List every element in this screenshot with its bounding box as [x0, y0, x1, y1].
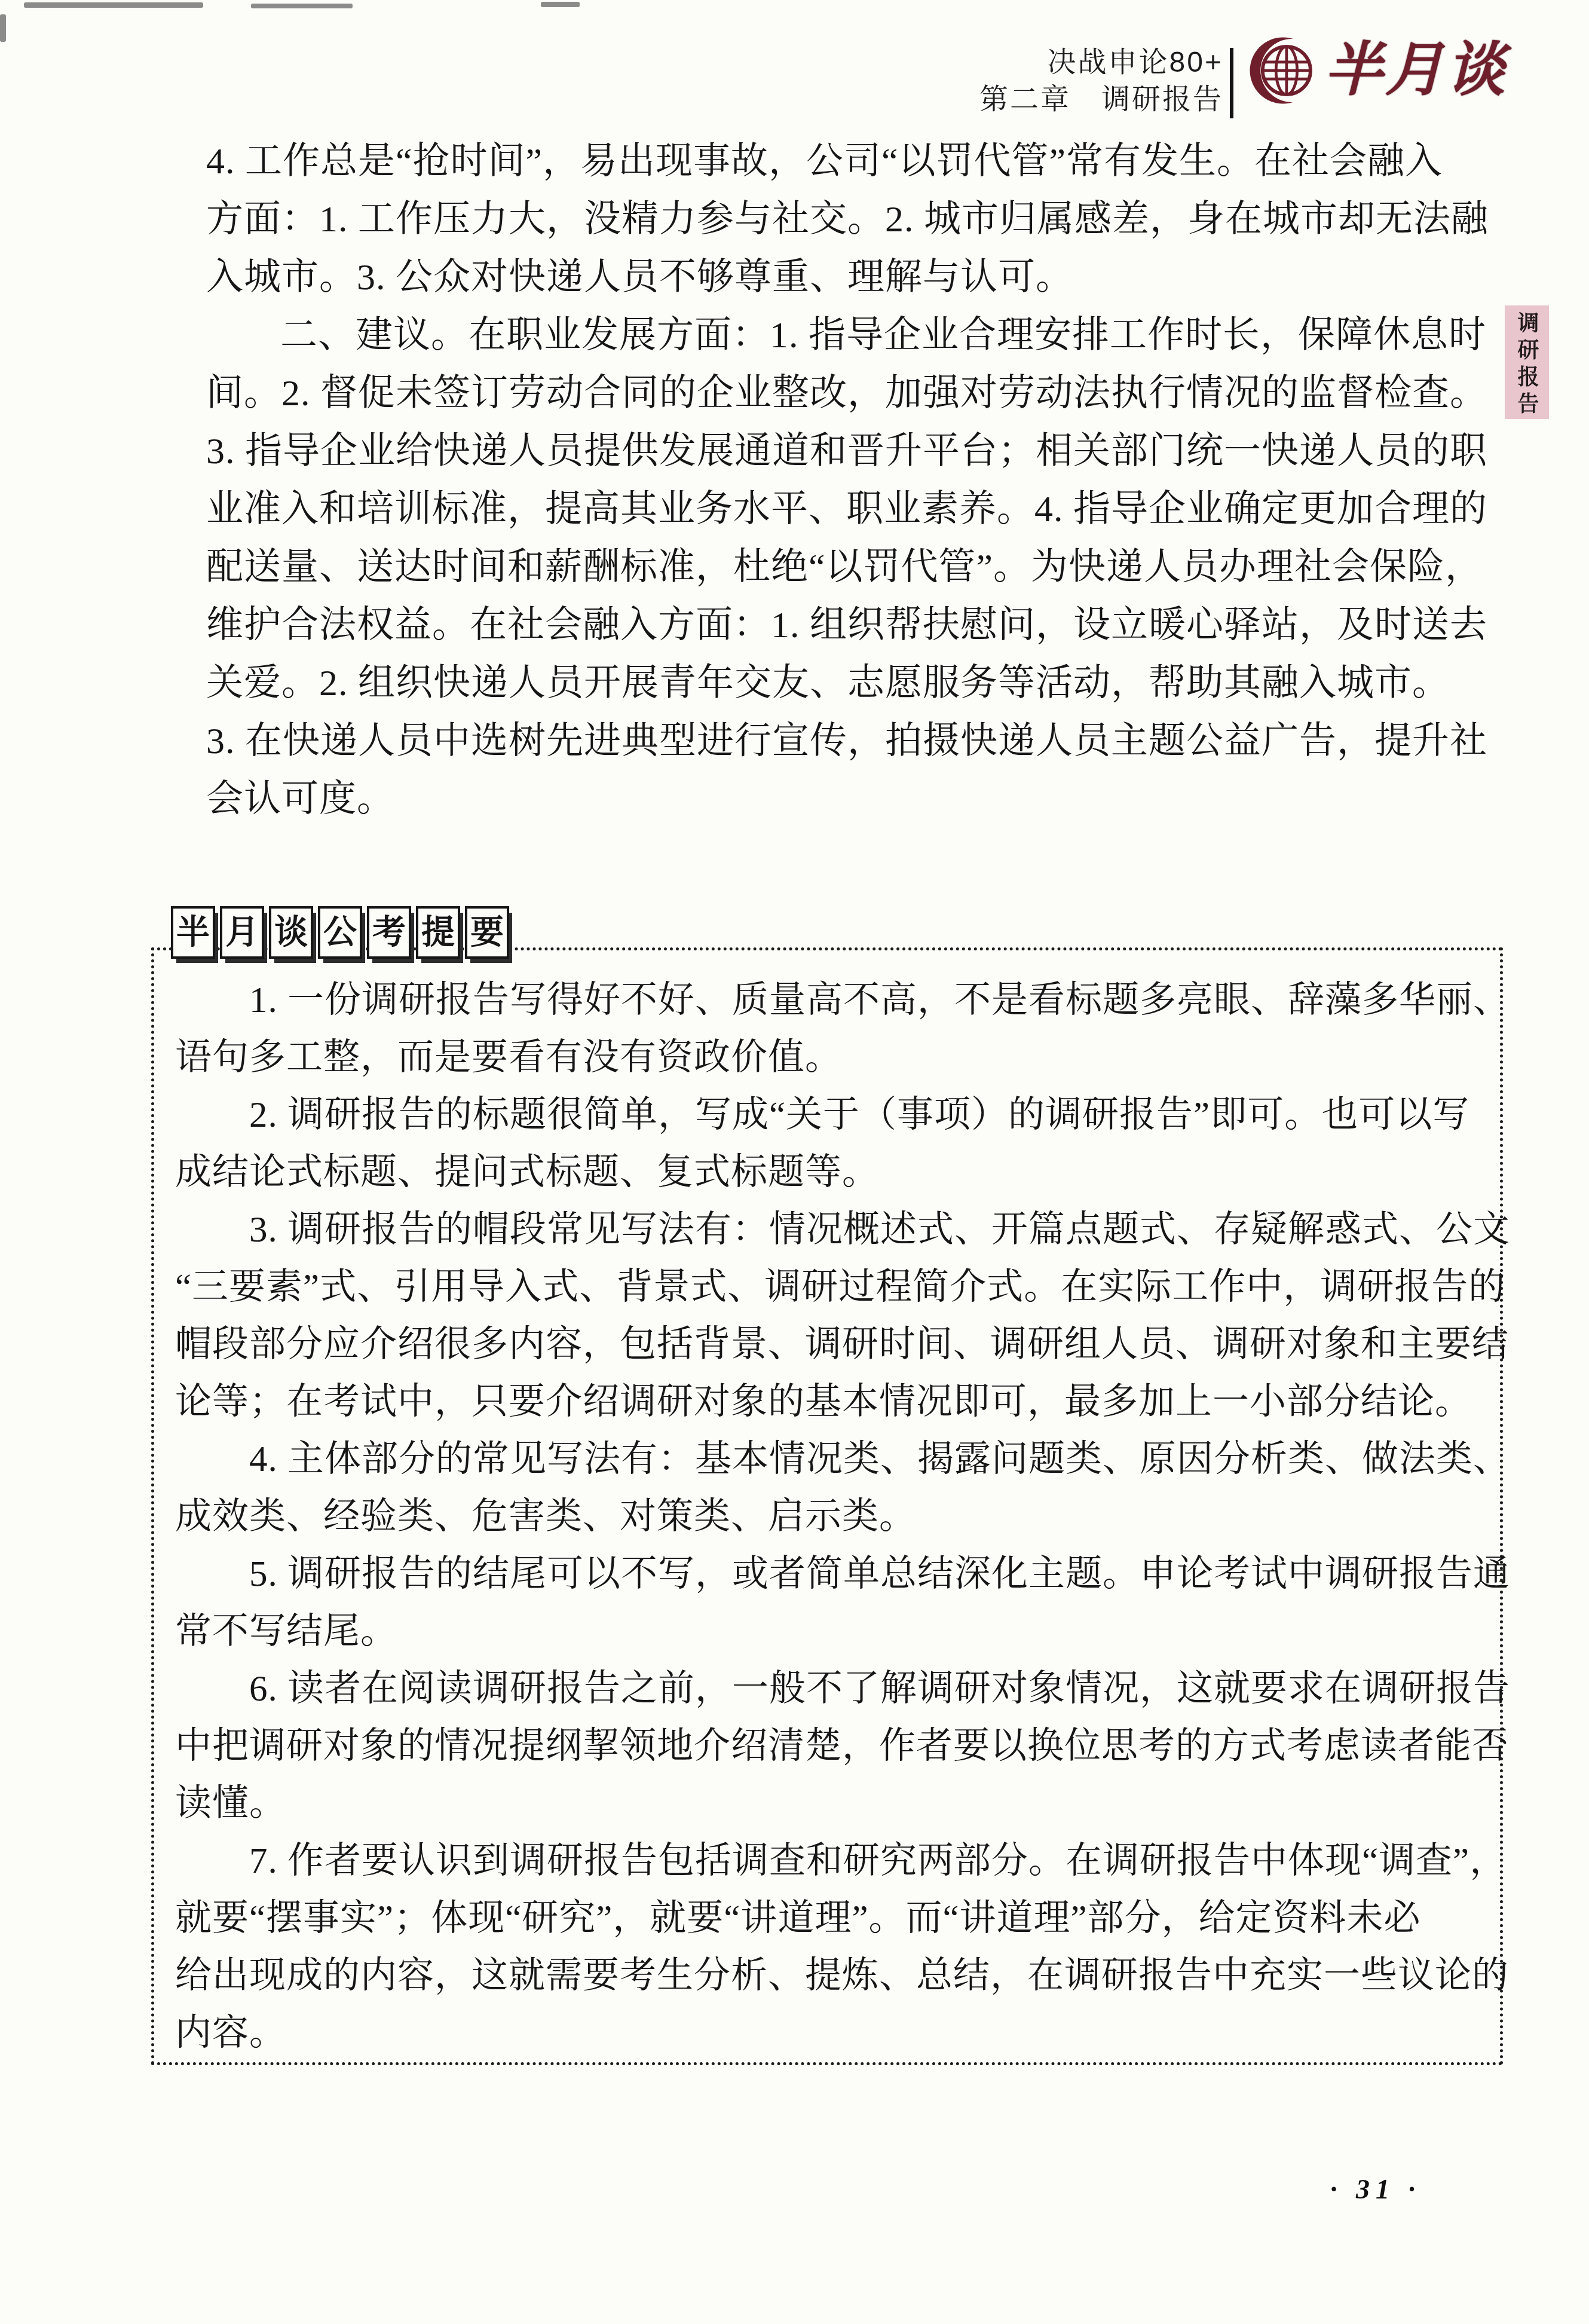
text-line: 配送量、送达时间和薪酬标准，杜绝“以罚代管”。为快递人员办理社会保险，: [206, 539, 1467, 597]
chapter-title: 第二章 调研报告: [979, 81, 1223, 118]
box-title-char: 月: [220, 906, 264, 959]
book-title: 决战申论80+: [979, 44, 1223, 81]
text-line: 语句多工整，而是要看有没有资政价值。: [175, 1029, 1497, 1087]
text-line: 帽段部分应介绍很多内容，包括背景、调研时间、调研组人员、调研对象和主要结: [175, 1316, 1497, 1374]
header-divider: [1230, 48, 1233, 118]
text-line: 二、建议。在职业发展方面：1. 指导企业合理安排工作时长，保障休息时: [206, 307, 1467, 365]
box-text: 1. 一份调研报告写得好不好、质量高不高，不是看标题多亮眼、辞藻多华丽、语句多工…: [175, 972, 1497, 2062]
side-tab-label: 调研报告: [1516, 311, 1538, 419]
chapter-side-tab: 调研报告: [1505, 305, 1549, 419]
text-line: 入城市。3. 公众对快递人员不够尊重、理解与认可。: [206, 249, 1467, 307]
text-line: 1. 一份调研报告写得好不好、质量高不高，不是看标题多亮眼、辞藻多华丽、: [175, 972, 1497, 1029]
text-line: 会认可度。: [206, 770, 1467, 828]
box-title-char: 谈: [269, 906, 313, 959]
text-line: 成结论式标题、提问式标题、复式标题等。: [175, 1144, 1497, 1201]
text-line: 常不写结尾。: [175, 1603, 1497, 1661]
text-line: 给出现成的内容，这就需要考生分析、提炼、总结，在调研报告中充实一些议论的: [175, 1947, 1497, 2005]
box-title-char: 要: [465, 906, 509, 959]
text-line: 3. 调研报告的帽段常见写法有：情况概述式、开篇点题式、存疑解惑式、公文: [175, 1201, 1497, 1259]
text-line: 中把调研对象的情况提纲挈领地介绍清楚，作者要以换位思考的方式考虑读者能否: [175, 1718, 1497, 1775]
text-line: 方面：1. 工作压力大，没精力参与社交。2. 城市归属感差，身在城市却无法融: [206, 191, 1467, 249]
header-titles: 决战申论80+ 第二章 调研报告: [979, 44, 1223, 118]
text-line: 5. 调研报告的结尾可以不写，或者简单总结深化主题。申论考试中调研报告通: [175, 1546, 1497, 1603]
body-text: 4. 工作总是“抢时间”，易出现事故，公司“以罚代管”常有发生。在社会融入方面：…: [206, 133, 1467, 828]
text-line: 7. 作者要认识到调研报告包括调查和研究两部分。在调研报告中体现“调查”，: [175, 1833, 1497, 1890]
text-line: 4. 主体部分的常见写法有：基本情况类、揭露问题类、原因分析类、做法类、: [175, 1431, 1497, 1488]
text-line: 关爱。2. 组织快递人员开展青年交友、志愿服务等活动，帮助其融入城市。: [206, 655, 1467, 713]
text-line: 论等；在考试中，只要介绍调研对象的基本情况即可，最多加上一小部分结论。: [175, 1374, 1497, 1431]
text-line: 6. 读者在阅读调研报告之前，一般不了解调研对象情况，这就要求在调研报告: [175, 1661, 1497, 1718]
scan-artifact: [0, 14, 6, 42]
box-title-char: 提: [416, 906, 460, 959]
scan-artifact: [24, 2, 203, 8]
globe-icon: [1248, 35, 1318, 106]
text-line: 就要“摆事实”；体现“研究”，就要“讲道理”。而“讲道理”部分，给定资料未必: [175, 1890, 1497, 1947]
box-title-char: 半: [171, 906, 215, 959]
text-line: 间。2. 督促未签订劳动合同的企业整改，加强对劳动法执行情况的监督检查。: [206, 365, 1467, 423]
scan-artifact: [541, 2, 580, 7]
banyuetan-logo: 半月谈: [1248, 35, 1507, 106]
scan-artifact: [251, 4, 353, 8]
box-title-char: 公: [318, 906, 362, 959]
box-title: 半月谈公考提要: [171, 906, 509, 959]
text-line: 维护合法权益。在社会融入方面：1. 组织帮扶慰问，设立暖心驿站，及时送去: [206, 597, 1467, 655]
text-line: 读懂。: [175, 1775, 1497, 1833]
text-line: 成效类、经验类、危害类、对策类、启示类。: [175, 1488, 1497, 1546]
logo-text: 半月谈: [1324, 35, 1507, 106]
text-line: “三要素”式、引用导入式、背景式、调研过程简介式。在实际工作中，调研报告的: [175, 1259, 1497, 1316]
text-line: 业准入和培训标准，提高其业务水平、职业素养。4. 指导企业确定更加合理的: [206, 481, 1467, 539]
text-line: 4. 工作总是“抢时间”，易出现事故，公司“以罚代管”常有发生。在社会融入: [206, 133, 1467, 191]
text-line: 3. 在快递人员中选树先进典型进行宣传，拍摄快递人员主题公益广告，提升社: [206, 713, 1467, 770]
box-title-char: 考: [367, 906, 411, 959]
page-number: · 31 ·: [1330, 2173, 1421, 2205]
text-line: 3. 指导企业给快递人员提供发展通道和晋升平台；相关部门统一快递人员的职: [206, 423, 1467, 481]
text-line: 2. 调研报告的标题很简单，写成“关于（事项）的调研报告”即可。也可以写: [175, 1087, 1497, 1144]
text-line: 内容。: [175, 2005, 1497, 2062]
